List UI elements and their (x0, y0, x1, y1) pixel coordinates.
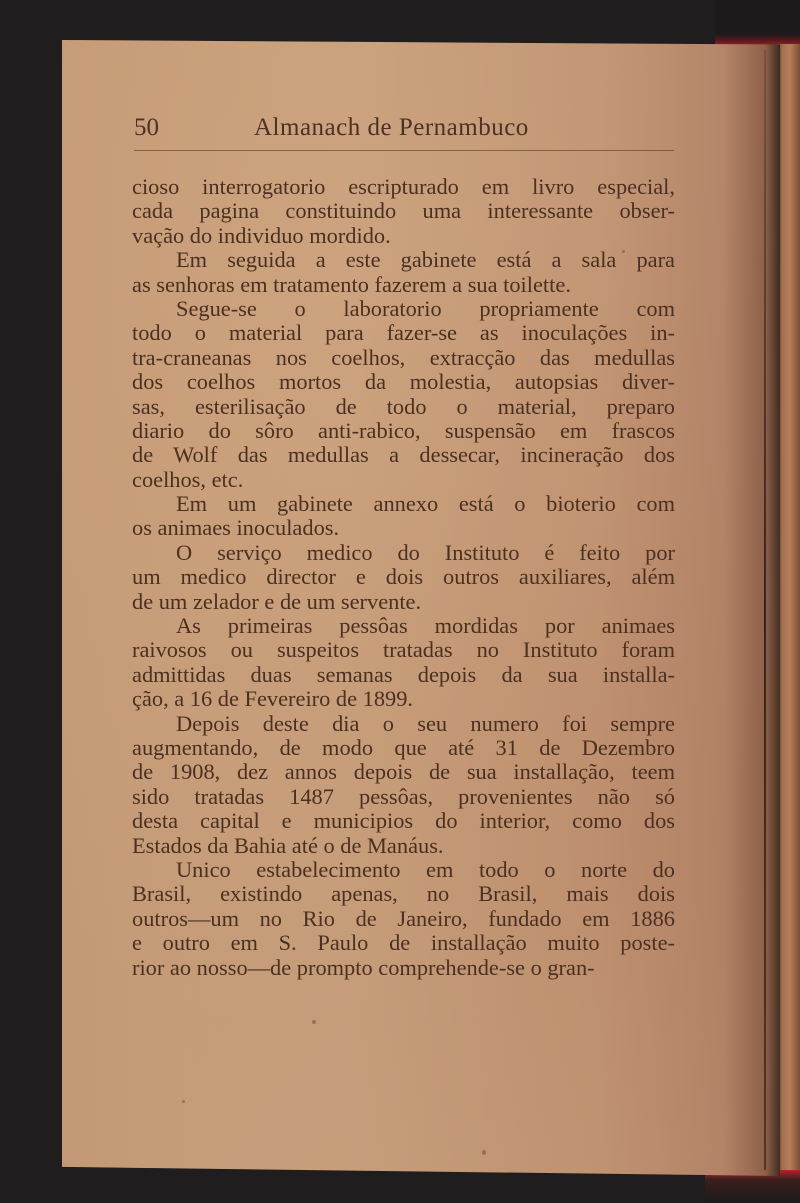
text-line: Segue-se o laboratorio propriamente com (132, 297, 675, 321)
header-rule (134, 150, 674, 151)
text-line: sido tratadas 1487 pessôas, provenientes… (132, 785, 675, 809)
text-line: vação do individuo mordido. (132, 224, 675, 248)
text-line: Em seguida a este gabinete está a sala p… (132, 248, 675, 272)
page-fold-crease (764, 50, 766, 1170)
text-line: cioso interrogatorio escripturado em liv… (132, 175, 675, 199)
text-line: Estados da Bahia até o de Manáus. (132, 834, 675, 858)
text-line: Brasil, existindo apenas, no Brasil, mai… (132, 882, 675, 906)
text-line: de um zelador e de um servente. (132, 590, 675, 614)
text-line: raivosos ou suspeitos tratadas no Instit… (132, 638, 675, 662)
text-line: sas, esterilisação de todo o material, p… (132, 395, 675, 419)
text-line: Unico estabelecimento em todo o norte do (132, 858, 675, 882)
text-line: O serviço medico do Instituto é feito po… (132, 541, 675, 565)
text-line: admittidas duas semanas depois da sua in… (132, 663, 675, 687)
paragraph: Em um gabinete annexo está o bioterio co… (132, 492, 675, 541)
text-line: Depois deste dia o seu numero foi sempre (132, 712, 675, 736)
body-text: cioso interrogatorio escripturado em liv… (132, 175, 675, 980)
scan-scene: 50 Almanach de Pernambuco cioso interrog… (0, 0, 800, 1203)
text-line: diario do sôro anti-rabico, suspensão em… (132, 419, 675, 443)
paragraph: O serviço medico do Instituto é feito po… (132, 541, 675, 614)
text-line: todo o material para fazer-se as inocula… (132, 321, 675, 345)
paragraph: Depois deste dia o seu numero foi sempre… (132, 712, 675, 858)
text-line: outros—um no Rio de Janeiro, fundado em … (132, 907, 675, 931)
text-line: de Wolf das medullas a dessecar, inciner… (132, 443, 675, 467)
paragraph: Segue-se o laboratorio propriamente comt… (132, 297, 675, 492)
text-line: e outro em S. Paulo de installação muito… (132, 931, 675, 955)
text-line: dos coelhos mortos da molestia, autopsia… (132, 370, 675, 394)
text-line: as senhoras em tratamento fazerem a sua … (132, 273, 675, 297)
text-line: cada pagina constituindo uma interessant… (132, 199, 675, 223)
paragraph: As primeiras pessôas mordidas por animae… (132, 614, 675, 712)
text-line: os animaes inoculados. (132, 516, 675, 540)
page-number: 50 (134, 114, 254, 142)
book-cover-edge-top (715, 0, 800, 48)
running-title: Almanach de Pernambuco (254, 114, 529, 142)
text-line: ção, a 16 de Fevereiro de 1899. (132, 687, 675, 711)
text-line: Em um gabinete annexo está o bioterio co… (132, 492, 675, 516)
running-head: 50 Almanach de Pernambuco (134, 114, 674, 142)
book-page: 50 Almanach de Pernambuco cioso interrog… (62, 40, 780, 1176)
text-line: de 1908, dez annos depois de sua install… (132, 760, 675, 784)
text-line: rior ao nosso—de prompto comprehende-se … (132, 956, 675, 980)
text-line: As primeiras pessôas mordidas por animae… (132, 614, 675, 638)
text-line: desta capital e municipios do interior, … (132, 809, 675, 833)
paper-speck (312, 1020, 316, 1024)
text-line: augmentando, de modo que até 31 de Dezem… (132, 736, 675, 760)
paragraph: Em seguida a este gabinete está a sala p… (132, 248, 675, 297)
paragraph: cioso interrogatorio escripturado em liv… (132, 175, 675, 248)
paper-speck (482, 1150, 486, 1155)
paper-speck (182, 1100, 185, 1103)
text-line: um medico director e dois outros auxilia… (132, 565, 675, 589)
paragraph: Unico estabelecimento em todo o norte do… (132, 858, 675, 980)
text-line: coelhos, etc. (132, 468, 675, 492)
text-line: tra-craneanas nos coelhos, extracção das… (132, 346, 675, 370)
